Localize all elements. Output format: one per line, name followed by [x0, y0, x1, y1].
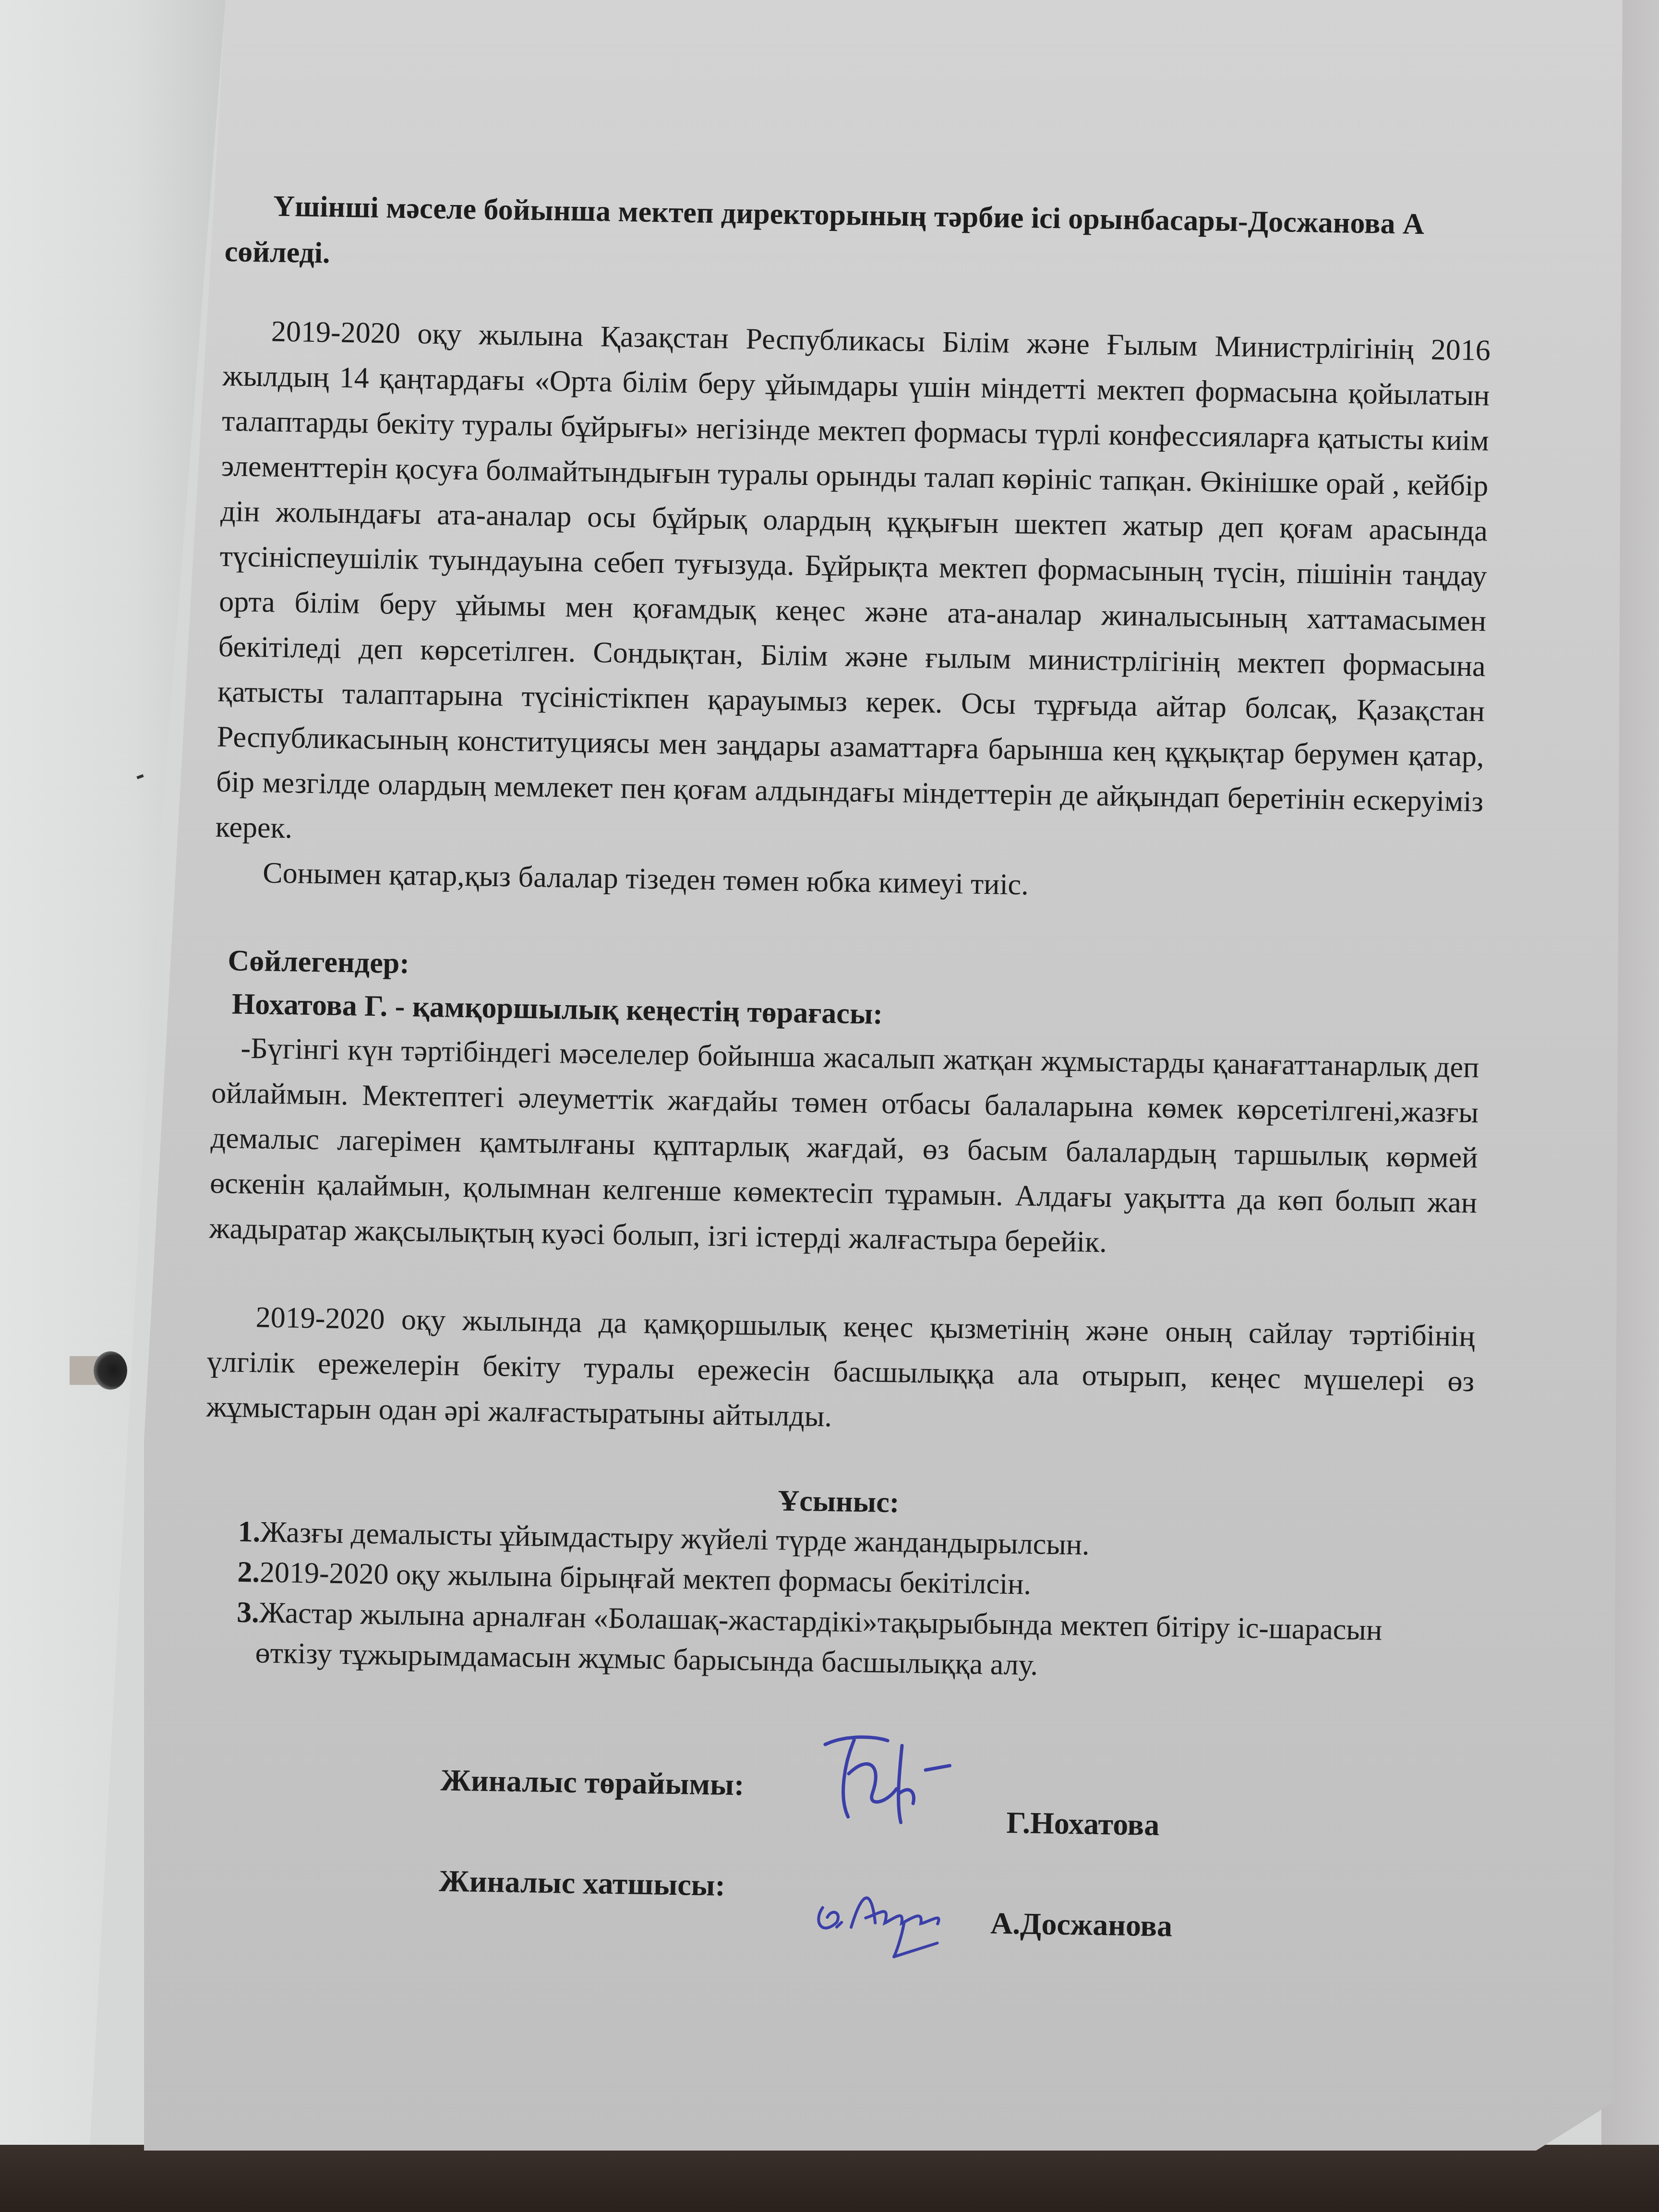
chair-signature-icon	[814, 1725, 960, 1846]
background-surface	[0, 2145, 1659, 2212]
proposal-number: 1.	[238, 1515, 261, 1549]
closing-paragraph: 2019-2020 оқу жылында да қамқоршылық кең…	[206, 1294, 1475, 1449]
proposal-number: 2.	[237, 1556, 260, 1589]
proposal-text: Жастар жылына арналған «Болашақ-жастарді…	[255, 1596, 1382, 1681]
chair-name: Г.Нохатова	[1006, 1800, 1160, 1848]
speaker-speech: -Бүгінгі күн тәртібіндегі мәселелер бойы…	[209, 1025, 1479, 1271]
proposal-list: 1.Жазғы демалысты ұйымдастыру жүйелі түр…	[236, 1512, 1438, 1692]
signature-block: Жиналыс төрайымы: Г.Нохатова Жиналыс хат…	[198, 1744, 1468, 1956]
document-content: Үшінші мәселе бойынша мектеп директорыны…	[198, 182, 1493, 1956]
section-heading: Үшінші мәселе бойынша мектеп директорыны…	[224, 182, 1493, 294]
secretary-signature-icon	[807, 1864, 963, 1976]
secretary-label: Жиналыс хатшысы:	[439, 1858, 726, 1908]
proposal-number: 3.	[237, 1596, 260, 1629]
secretary-name: А.Досжанова	[990, 1900, 1172, 1948]
chair-label: Жиналыс төрайымы:	[440, 1757, 745, 1807]
punch-hole	[94, 1351, 127, 1390]
body-paragraph: 2019-2020 оқу жылына Қазақстан Республик…	[215, 308, 1491, 869]
